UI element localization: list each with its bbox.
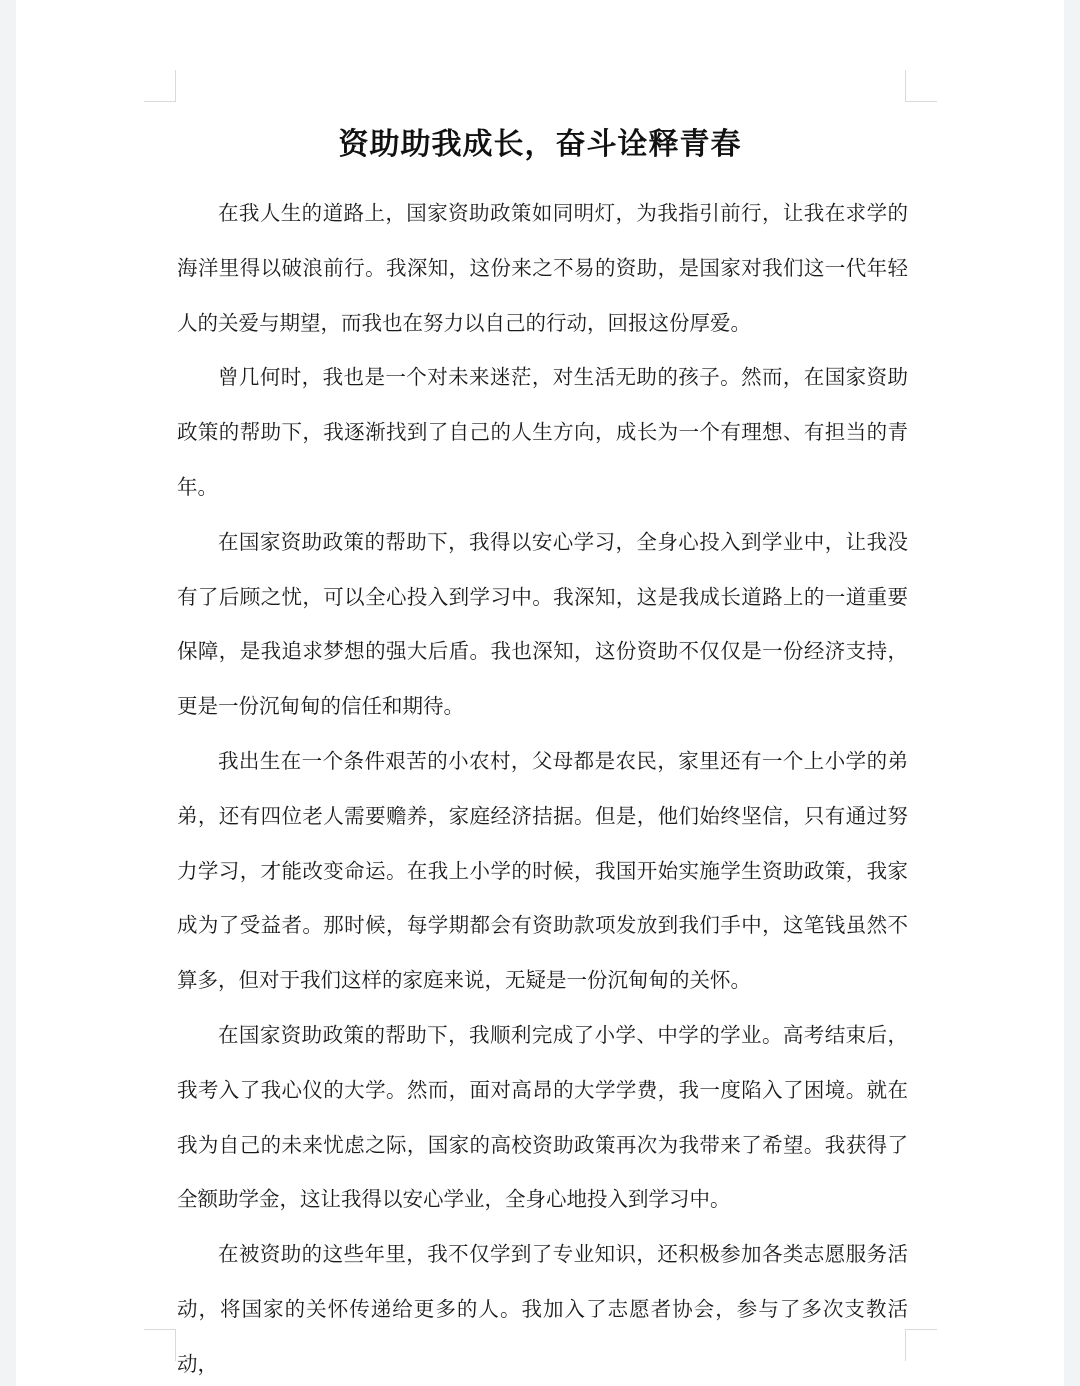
document-page[interactable]: 资助助我成长，奋斗诠释青春 在我人生的道路上，国家资助政策如同明灯，为我指引前行… xyxy=(16,0,1064,1386)
margin-mark-bottom-right xyxy=(905,1329,937,1361)
document-body: 在我人生的道路上，国家资助政策如同明灯，为我指引前行，让我在求学的海洋里得以破浪… xyxy=(177,186,908,1386)
margin-mark-top-left xyxy=(144,70,176,102)
paragraph-6: 在被资助的这些年里，我不仅学到了专业知识，还积极参加各类志愿服务活动，将国家的关… xyxy=(177,1227,908,1386)
margin-mark-bottom-left xyxy=(144,1329,176,1361)
paragraph-3: 在国家资助政策的帮助下，我得以安心学习，全身心投入到学业中，让我没有了后顾之忧，… xyxy=(177,515,908,734)
paragraph-4: 我出生在一个条件艰苦的小农村，父母都是农民，家里还有一个上小学的弟弟，还有四位老… xyxy=(177,734,908,1008)
document-title: 资助助我成长，奋斗诠释青春 xyxy=(16,122,1064,168)
document-viewer[interactable]: 资助助我成长，奋斗诠释青春 在我人生的道路上，国家资助政策如同明灯，为我指引前行… xyxy=(0,0,1080,1386)
paragraph-2: 曾几何时，我也是一个对未来迷茫，对生活无助的孩子。然而，在国家资助政策的帮助下，… xyxy=(177,350,908,514)
margin-mark-top-right xyxy=(905,70,937,102)
paragraph-1: 在我人生的道路上，国家资助政策如同明灯，为我指引前行，让我在求学的海洋里得以破浪… xyxy=(177,186,908,350)
paragraph-5: 在国家资助政策的帮助下，我顺利完成了小学、中学的学业。高考结束后，我考入了我心仪… xyxy=(177,1008,908,1227)
